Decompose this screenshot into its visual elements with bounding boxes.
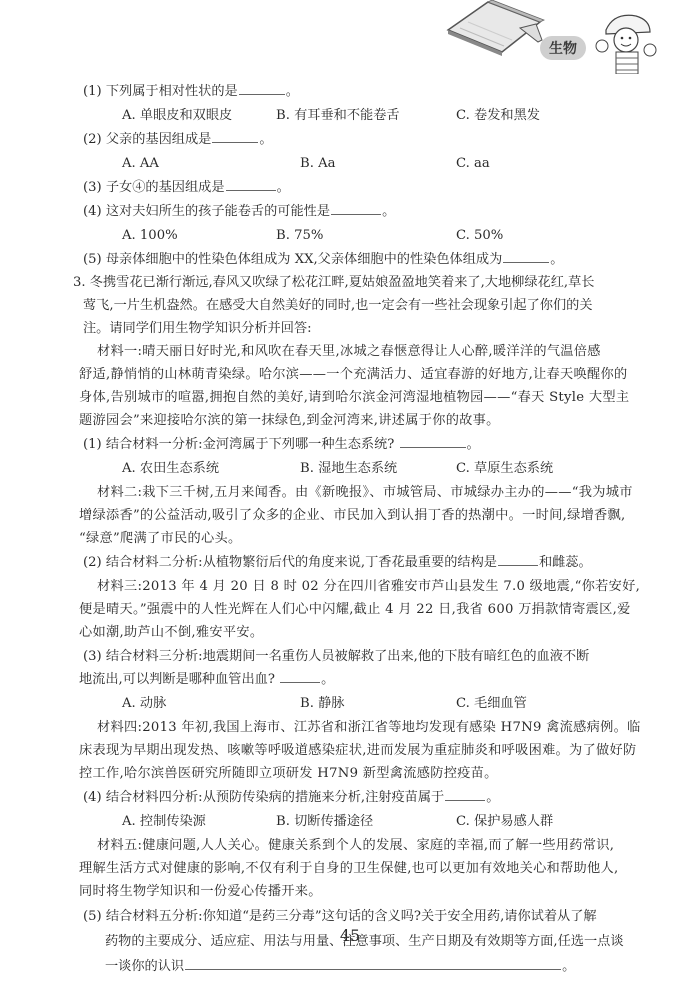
option-c: C. 50% — [456, 226, 503, 246]
answer-blank[interactable] — [400, 435, 466, 448]
material-1: 舒适,静悄悄的山林萌青染绿。哈尔滨——一个充满活力、适宜春游的好地方,让春天唤醒… — [79, 365, 627, 385]
question-2-4: (4) 这对夫妇所生的孩子能卷舌的可能性是。 — [83, 202, 395, 222]
answer-blank[interactable] — [503, 250, 549, 263]
option-a: A. 单眼皮和双眼皮 — [122, 106, 232, 126]
question-3-5: (5) 结合材料五分析:你知道“是药三分毒”这句话的含义吗?关于安全用药,请你试… — [83, 907, 597, 927]
question-2-2: (2) 父亲的基因组成是。 — [83, 130, 273, 150]
question-3-4: (4) 结合材料四分析:从预防传染病的措施来分析,注射疫苗属于。 — [83, 788, 499, 808]
question-3-5-cont: 一谈你的认识。 — [105, 957, 575, 977]
option-c: C. 毛细血管 — [456, 694, 527, 714]
material-1: 材料一:晴天丽日好时光,和风吹在春天里,冰城之春惬意得让人心醉,暖洋洋的气温倍感 — [97, 342, 601, 362]
material-5: 理解生活方式对健康的影响,不仅有利于自身的卫生保健,也可以更加有效地关心和帮助他… — [79, 859, 618, 879]
option-b: B. 有耳垂和不能卷舌 — [276, 106, 400, 126]
question-3-3-cont: 地流出,可以判断是哪种血管出血? 。 — [79, 670, 334, 690]
option-a: A. 动脉 — [122, 694, 166, 714]
option-b: B. 湿地生态系统 — [300, 459, 397, 479]
answer-blank[interactable] — [445, 788, 485, 801]
question-3-intro: 注。请同学们用生物学知识分析并回答: — [83, 319, 312, 339]
option-c: C. 保护易感人群 — [456, 812, 553, 832]
material-3: 便是晴天。”强震中的人性光辉在人们心中闪耀,截止 4 月 22 日,我省 600… — [79, 600, 631, 620]
option-a: A. 控制传染源 — [122, 812, 206, 832]
option-b: B. Aa — [300, 154, 335, 174]
question-3-intro: 莺飞,一片生机盎然。在感受大自然美好的同时,也一定会有一些社会现象引起了你们的关 — [83, 296, 593, 316]
option-b: B. 75% — [276, 226, 323, 246]
material-2: “绿意”爬满了市民的心头。 — [79, 529, 241, 549]
subject-badge: 生物 — [540, 36, 586, 60]
material-1: 身体,告别城市的喧嚣,拥抱自然的美好,请到哈尔滨金河湾湿地植物园——“春天 St… — [79, 388, 629, 408]
question-3-1: (1) 结合材料一分析:金河湾属于下列哪一种生态系统? 。 — [83, 435, 480, 455]
answer-blank[interactable] — [226, 178, 276, 191]
option-a: A. AA — [122, 154, 159, 174]
answer-blank[interactable] — [280, 670, 320, 683]
answer-blank[interactable] — [185, 957, 561, 970]
option-b: B. 静脉 — [300, 694, 344, 714]
question-3-2: (2) 结合材料二分析:从植物繁衍后代的角度来说,丁香花最重要的结构是和雌蕊。 — [83, 553, 592, 573]
material-4: 控工作,哈尔滨兽医研究所随即立项研发 H7N9 新型禽流感防控疫苗。 — [79, 764, 498, 784]
question-2-3: (3) 子女④的基因组成是。 — [83, 178, 290, 198]
option-c: C. 卷发和黑发 — [456, 106, 540, 126]
material-2: 增绿添香”的公益活动,吸引了众多的企业、市民加入到认捐丁香的热潮中。一时间,绿增… — [79, 506, 626, 526]
page-number: 45 — [0, 926, 700, 945]
material-4: 床表现为早期出现发热、咳嗽等呼吸道感染症状,进而发展为重症肺炎和呼吸困难。为了做… — [79, 741, 636, 761]
material-4: 材料四:2013 年初,我国上海市、江苏省和浙江省等地均发现有感染 H7N9 禽… — [97, 718, 641, 738]
material-3: 心如潮,助芦山不倒,雅安平安。 — [79, 623, 263, 643]
question-3-intro: 3. 冬携雪花已渐行渐远,春风又吹绿了松花江畔,夏姑娘盈盈地笑着来了,大地柳绿花… — [73, 273, 594, 293]
material-2: 材料二:栽下三千树,五月来闻香。由《新晚报》、市城管局、市城绿办主办的——“我为… — [97, 483, 633, 503]
answer-blank[interactable] — [212, 130, 258, 143]
cartoon-boy-icon — [592, 8, 662, 74]
material-5: 同时将生物学知识和一份爱心传播开来。 — [79, 882, 322, 902]
answer-blank[interactable] — [331, 202, 381, 215]
option-c: C. 草原生态系统 — [456, 459, 553, 479]
material-3: 材料三:2013 年 4 月 20 日 8 时 02 分在四川省雅安市芦山县发生… — [97, 577, 640, 597]
material-1: 题游园会”来迎接哈尔滨的第一抹绿色,到金河湾来,讲述属于你的故事。 — [79, 411, 500, 431]
answer-blank[interactable] — [498, 553, 538, 566]
question-2-1: (1) 下列属于相对性状的是。 — [83, 82, 299, 102]
option-a: A. 农田生态系统 — [122, 459, 219, 479]
material-5: 材料五:健康问题,人人关心。健康关系到个人的发展、家庭的幸福,而了解一些用药常识… — [97, 836, 614, 856]
option-c: C. aa — [456, 154, 490, 174]
question-3-3: (3) 结合材料三分析:地震期间一名重伤人员被解救了出来,他的下肢有暗红色的血液… — [83, 647, 589, 667]
answer-blank[interactable] — [239, 82, 285, 95]
option-b: B. 切断传播途径 — [276, 812, 373, 832]
option-a: A. 100% — [122, 226, 178, 246]
question-2-5: (5) 母亲体细胞中的性染色体组成为 XX,父亲体细胞中的性染色体组成为。 — [83, 250, 563, 270]
